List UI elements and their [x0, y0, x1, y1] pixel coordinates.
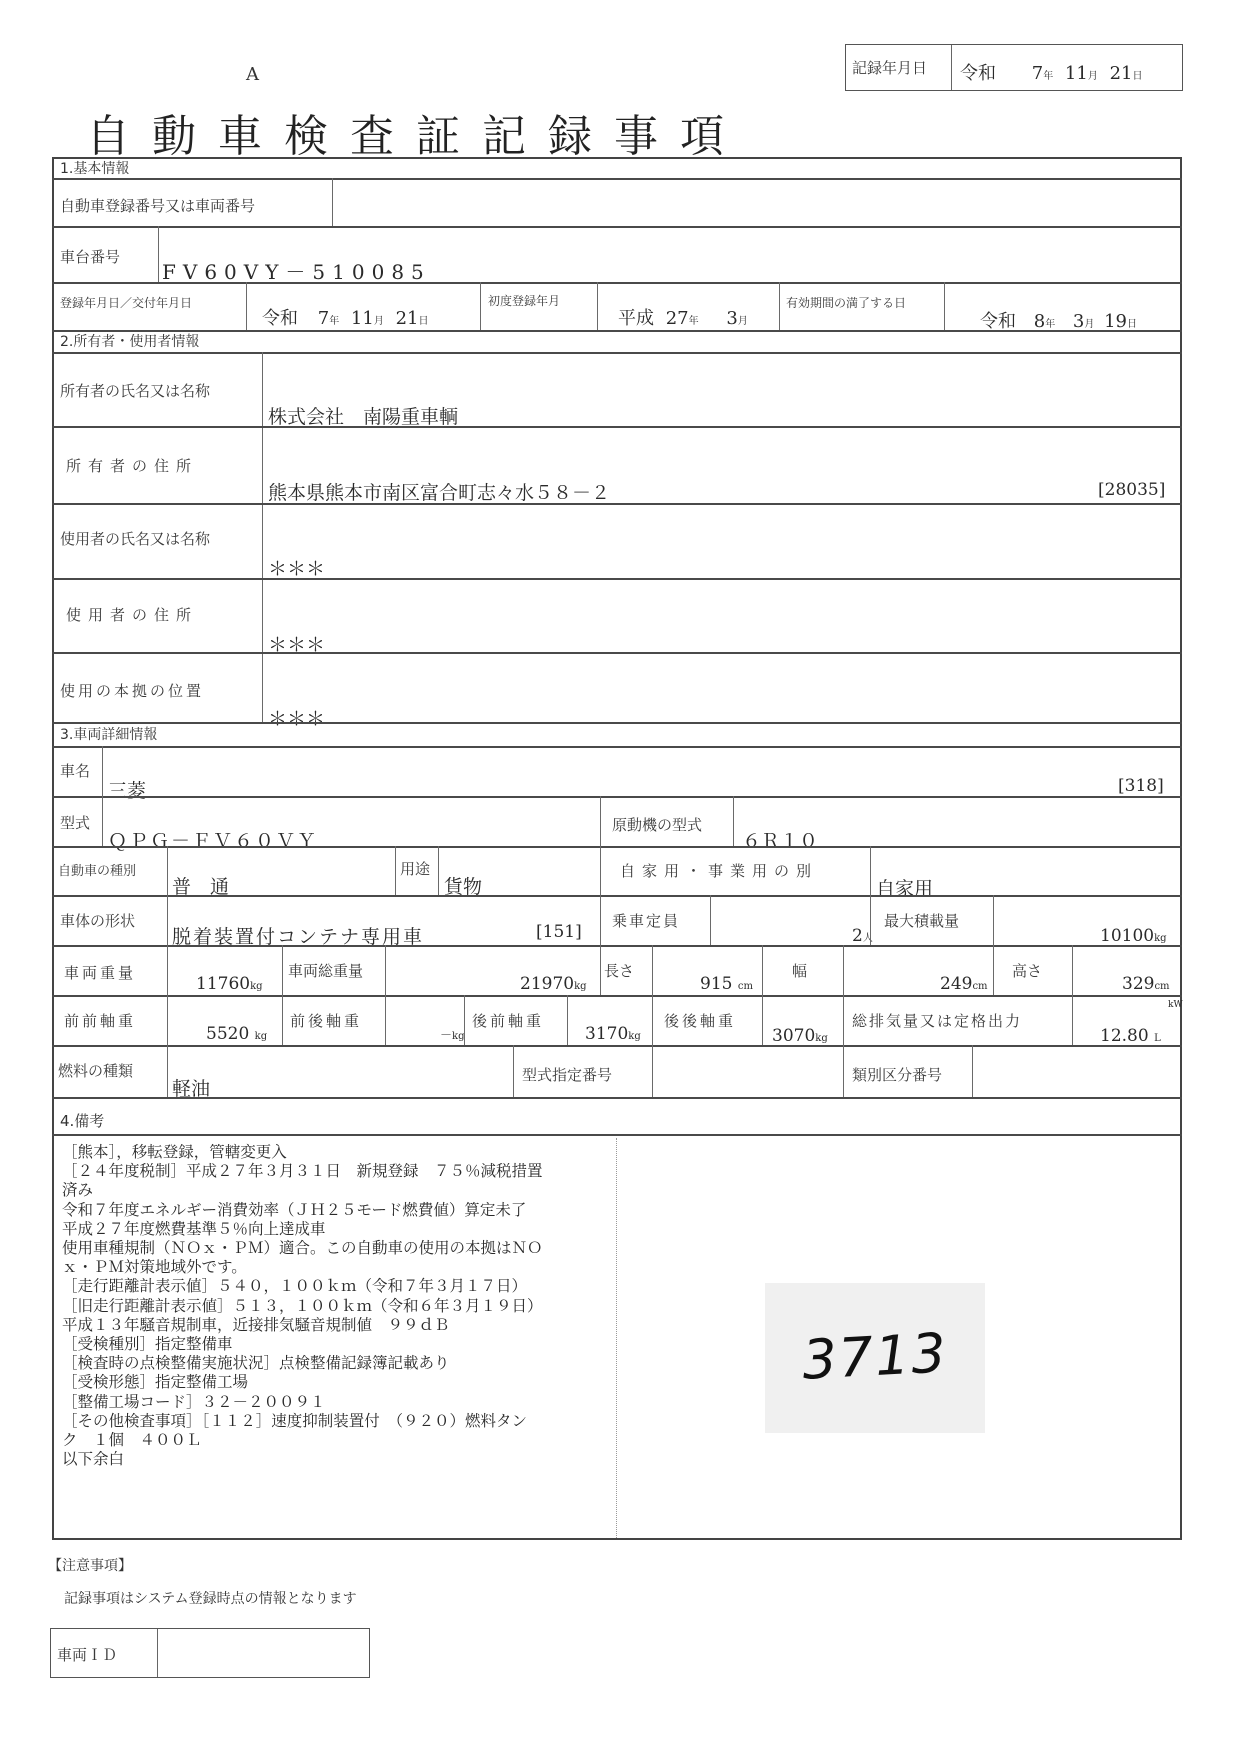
divider [600, 846, 601, 895]
unit-day: 日 [1127, 319, 1137, 330]
height-value: 329cm [1122, 974, 1170, 994]
remarks-line: 以下余白 [62, 1450, 617, 1469]
vehicle-id-label: 車両ＩＤ [57, 1644, 117, 1665]
divider [951, 45, 952, 90]
divider [157, 1629, 158, 1677]
unit-person: 人 [863, 933, 873, 944]
remarks-line: ［熊本］，移転登録，管轄変更入 [62, 1143, 617, 1162]
divider [102, 746, 103, 796]
divider [567, 995, 568, 1045]
divider [246, 282, 247, 330]
model-label: 型式 [60, 812, 90, 833]
remarks-line: ［旧走行距離計表示値］５１３，１００ｋｍ（令和６年３月１９日） [62, 1297, 617, 1316]
divider [52, 846, 1182, 848]
divider [710, 895, 711, 945]
divider [762, 945, 763, 995]
unit-kg: kg [815, 1033, 827, 1044]
divider [993, 945, 994, 995]
year: 7 [1032, 63, 1043, 84]
remarks-line: 令和７年度エネルギー消費効率（ＪＨ２５モード燃費値）算定未了 [62, 1201, 617, 1220]
engine-model-label: 原動機の型式 [612, 814, 702, 835]
divider [733, 796, 734, 846]
engine-model-value: ６Ｒ１０ [742, 826, 818, 853]
registration-date-value: 令和 7年 11月 21日 [262, 304, 428, 330]
unit-kg: kg [628, 1031, 640, 1042]
divider [167, 1045, 168, 1097]
user-name-label: 使用者の氏名又は名称 [60, 528, 210, 549]
unit-kw: kW [1168, 1000, 1183, 1010]
car-name-label: 車名 [60, 760, 90, 781]
fr-axle-value: －kg [440, 1026, 464, 1043]
registration-number-label: 自動車登録番号又は車両番号 [60, 195, 255, 216]
remarks-line: ク １個 ４００Ｌ [62, 1431, 617, 1450]
width-number: 249 [940, 974, 972, 994]
user-address-label: 使用者の住所 [66, 604, 198, 625]
unit-kg: kg [574, 981, 586, 992]
remarks-line: ｘ・ＰＭ対策地域外です。 [62, 1258, 617, 1277]
year: 7 [318, 308, 329, 329]
divider [52, 178, 1182, 180]
rf-axle-number: 3170 [585, 1024, 628, 1044]
divider [843, 995, 844, 1045]
divider [870, 846, 871, 895]
ff-axle-number: 5520 [206, 1024, 249, 1044]
handwritten-number: 3713 [764, 1319, 987, 1393]
divider [52, 722, 1182, 724]
section-1-title: 1.基本情報 [60, 158, 129, 178]
divider [52, 330, 1182, 332]
divider [52, 652, 1182, 654]
divider [52, 578, 1182, 580]
model-value: ＱＰＧ－ＦＶ６０ＶＹ [108, 826, 318, 853]
divider [464, 995, 465, 1045]
max-load-label: 最大積載量 [884, 910, 959, 931]
divider [385, 995, 386, 1045]
remarks-line: ［受検種別］指定整備車 [62, 1335, 617, 1354]
divider [167, 895, 168, 945]
divider [52, 282, 1182, 284]
divider [600, 945, 601, 995]
expiry-label: 有効期間の満了する日 [786, 294, 906, 311]
rf-axle-label: 後前軸重 [472, 1010, 544, 1031]
section-3-title: 3.車両詳細情報 [60, 724, 157, 744]
owner-name-label: 所有者の氏名又は名称 [60, 380, 210, 401]
divider [779, 282, 780, 330]
divider [158, 226, 159, 282]
gross-weight-number: 21970 [520, 974, 574, 994]
divider [762, 995, 763, 1045]
month: 3 [1073, 311, 1084, 332]
unit-cm: cm [972, 981, 987, 992]
remarks-line: 平成１３年騒音規制車，近接排気騒音規制値 ９９ｄＢ [62, 1316, 617, 1335]
displacement-number: 12.80 [1100, 1026, 1149, 1046]
displacement-value: 12.80 L [1100, 1026, 1161, 1046]
registration-date-label: 登録年月日／交付年月日 [60, 294, 192, 311]
rr-axle-value: 3070kg [772, 1026, 828, 1046]
owner-address-value: 熊本県熊本市南区富合町志々水５８－２ [268, 478, 610, 505]
unit-year: 年 [1045, 319, 1055, 330]
divider [652, 995, 653, 1045]
form-letter: A [246, 64, 259, 85]
divider [972, 1045, 973, 1097]
page-title: 自動車検査証記録事項 [86, 100, 746, 164]
remarks-line: ［２４年度税制］平成２７年３月３１日 新規登録 ７５％減税措置 [62, 1162, 617, 1181]
unit-cm: cm [738, 981, 753, 992]
era: 令和 [960, 63, 996, 84]
divider [262, 352, 263, 722]
divider [167, 945, 168, 995]
remarks-line: 使用車種規制（ＮＯｘ・ＰＭ）適合。この自動車の使用の本拠はＮＯ [62, 1239, 617, 1258]
year: 8 [1034, 311, 1045, 332]
unit-kg: kg [1154, 933, 1166, 944]
width-label: 幅 [792, 960, 807, 981]
day: 19 [1104, 311, 1127, 332]
user-name-value: ＊＊＊ [268, 554, 325, 581]
divider [870, 895, 871, 945]
divider [652, 945, 653, 995]
month: 11 [351, 308, 374, 329]
private-business-label: 自家用・事業用の別 [620, 860, 818, 881]
record-date-label: 記録年月日 [852, 57, 927, 78]
owner-address-label: 所有者の住所 [66, 455, 198, 476]
divider [843, 945, 844, 995]
rr-axle-number: 3070 [772, 1026, 815, 1046]
handwritten-stamp: 3713 [765, 1283, 985, 1433]
remarks-line: 済み [62, 1181, 617, 1200]
fr-axle-label: 前後軸重 [290, 1010, 362, 1031]
divider [438, 846, 439, 895]
divider [993, 895, 994, 945]
body-shape-label: 車体の形状 [60, 910, 135, 931]
capacity-label: 乗車定員 [612, 910, 680, 931]
base-location-label: 使用の本拠の位置 [60, 680, 204, 701]
notes-text: 記録事項はシステム登録時点の情報となります [64, 1588, 357, 1608]
divider [52, 226, 1182, 228]
displacement-label: 総排気量又は定格出力 [852, 1010, 1022, 1031]
length-number: 915 [700, 974, 732, 994]
divider [600, 895, 601, 945]
vehicle-weight-number: 11760 [196, 974, 250, 994]
height-number: 329 [1122, 974, 1154, 994]
divider [282, 945, 283, 995]
divider [52, 1134, 1182, 1136]
unit-year: 年 [1043, 71, 1053, 82]
rf-axle-value: 3170kg [585, 1024, 641, 1044]
vehicle-id-box: 車両ＩＤ [50, 1628, 370, 1678]
record-date-value: 令和 7年 11月 21日 [960, 59, 1142, 85]
divider [513, 1045, 514, 1097]
category-number-label: 類別区分番号 [852, 1064, 942, 1085]
car-name-code: [318] [1118, 776, 1164, 796]
vehicle-type-label: 自動車の種別 [58, 860, 136, 879]
remarks-text: ［熊本］，移転登録，管轄変更入［２４年度税制］平成２７年３月３１日 新規登録 ７… [62, 1143, 617, 1469]
divider [52, 426, 1182, 428]
era: 令和 [262, 308, 298, 329]
chassis-number-value: FV60VY－510085 [162, 256, 431, 285]
divider [1072, 945, 1073, 995]
chassis-number-label: 車台番号 [60, 246, 120, 267]
divider [597, 282, 598, 330]
remarks-line: 平成２７年度燃費基準５％向上達成車 [62, 1220, 617, 1239]
width-value: 249cm [940, 974, 988, 994]
unit-month: 月 [738, 316, 748, 327]
divider [1072, 995, 1073, 1045]
divider [52, 746, 1182, 748]
first-registration-label: 初度登録年月 [488, 292, 560, 309]
divider [167, 846, 168, 895]
divider [52, 796, 1182, 798]
unit-l: L [1154, 1033, 1161, 1044]
divider [480, 282, 481, 330]
rr-axle-label: 後後軸重 [664, 1010, 736, 1031]
body-shape-code: [151] [536, 922, 582, 942]
unit-year: 年 [689, 316, 699, 327]
month: 3 [726, 308, 737, 329]
day: 21 [1110, 63, 1133, 84]
unit-month: 月 [374, 316, 384, 327]
divider [102, 796, 103, 846]
record-date-box: 記録年月日 令和 7年 11月 21日 [845, 44, 1183, 91]
year: 27 [666, 308, 689, 329]
ff-axle-label: 前前軸重 [64, 1010, 136, 1031]
length-value: 915 cm [700, 974, 753, 994]
gross-weight-value: 21970kg [520, 974, 587, 994]
remarks-line: ［整備工場コード］３２－２００９１ [62, 1393, 617, 1412]
type-designation-label: 型式指定番号 [522, 1064, 612, 1085]
unit-year: 年 [329, 316, 339, 327]
first-registration-value: 平成 27年 3月 [618, 304, 748, 330]
divider [282, 995, 283, 1045]
capacity-number: 2 [852, 926, 863, 946]
unit-kg: kg [452, 1031, 464, 1042]
divider [332, 178, 333, 226]
divider [395, 846, 396, 895]
height-label: 高さ [1012, 960, 1042, 981]
divider [52, 945, 1182, 947]
divider [52, 895, 1182, 897]
unit-month: 月 [1084, 319, 1094, 330]
vehicle-weight-value: 11760kg [196, 974, 263, 994]
divider [616, 1138, 617, 1538]
vehicle-weight-label: 車両重量 [64, 962, 136, 983]
usage-label: 用途 [400, 858, 430, 879]
car-name-value: 三菱 [108, 776, 146, 803]
unit-cm: cm [1154, 981, 1169, 992]
divider [600, 796, 601, 846]
divider [944, 282, 945, 330]
divider [652, 1045, 653, 1097]
month: 11 [1065, 63, 1088, 84]
max-load-value: 10100kg [1100, 926, 1167, 946]
divider [52, 352, 1182, 354]
divider [52, 1045, 1182, 1047]
divider [52, 503, 1182, 505]
divider [52, 995, 1182, 997]
section-4-title: 4.備考 [60, 1110, 104, 1131]
remarks-line: ［受検形態］指定整備工場 [62, 1373, 617, 1392]
era: 令和 [980, 311, 1016, 332]
day: 21 [396, 308, 419, 329]
era: 平成 [618, 308, 654, 329]
owner-name-value: 株式会社 南陽重車輌 [268, 402, 458, 429]
length-label: 長さ [604, 960, 634, 981]
divider [52, 1097, 1182, 1099]
remarks-line: ［走行距離計表示値］５４０，１００ｋｍ（令和７年３月１７日） [62, 1277, 617, 1296]
unit-day: 日 [418, 316, 428, 327]
base-location-value: ＊＊＊ [268, 704, 325, 731]
ff-axle-value: 5520 kg [206, 1024, 267, 1044]
divider [843, 1045, 844, 1097]
max-load-number: 10100 [1100, 926, 1154, 946]
fuel-label: 燃料の種類 [58, 1060, 133, 1081]
remarks-line: ［その他検査事項］［１１２］速度抑制装置付 （９２０）燃料タン [62, 1412, 617, 1431]
gross-weight-label: 車両総重量 [288, 960, 363, 981]
fr-axle-number: － [440, 1028, 452, 1042]
unit-kg: kg [250, 981, 262, 992]
unit-kg: kg [255, 1031, 267, 1042]
divider [385, 945, 386, 995]
remarks-line: ［検査時の点検整備実施状況］点検整備記録簿記載あり [62, 1354, 617, 1373]
owner-address-code: [28035] [1098, 480, 1165, 500]
divider [167, 995, 168, 1045]
section-2-title: 2.所有者・使用者情報 [60, 331, 199, 351]
unit-day: 日 [1132, 71, 1142, 82]
unit-month: 月 [1088, 71, 1098, 82]
notes-title: 【注意事項】 [48, 1555, 132, 1575]
